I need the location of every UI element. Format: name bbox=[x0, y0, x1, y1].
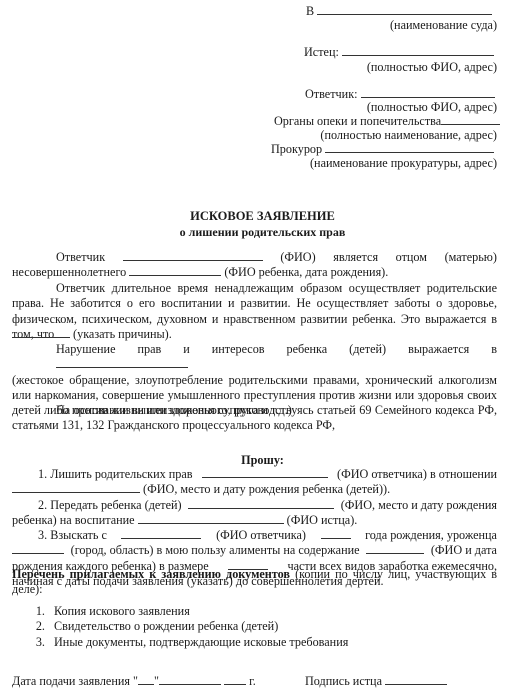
text: 2. Передать ребенка (детей) bbox=[38, 498, 182, 513]
text: года рождения, уроженца bbox=[365, 528, 497, 543]
paragraph-legal-basis: На основании вышеизложенного, руководств… bbox=[12, 403, 497, 434]
reasons-field[interactable] bbox=[12, 327, 70, 338]
guardianship-label: Органы опеки и попечительства bbox=[274, 114, 441, 128]
text: (ФИО ответчика) в отношении bbox=[337, 467, 497, 482]
text: 1. Лишить родительских прав bbox=[38, 467, 193, 482]
document-subtitle: о лишении родительских прав bbox=[0, 225, 525, 240]
child-details-field[interactable] bbox=[12, 482, 140, 493]
list-item: Иные документы, подтверждающие исковые т… bbox=[48, 635, 348, 650]
date-month-field[interactable] bbox=[159, 674, 221, 685]
text: (матерью) bbox=[445, 250, 497, 265]
court-row: В bbox=[306, 4, 492, 19]
request-item-1: 1. Лишить родительских прав (ФИО ответчи… bbox=[12, 467, 497, 498]
child-transfer-field[interactable] bbox=[188, 498, 334, 509]
text: На основании вышеизложенного, руководств… bbox=[12, 403, 497, 432]
text: (указать причины). bbox=[73, 327, 172, 341]
text: Подпись истца bbox=[305, 674, 382, 688]
plaintiff-label: Истец: bbox=[304, 45, 339, 59]
prosecutor-label: Прокурор bbox=[271, 142, 322, 156]
defendant-fio-field[interactable] bbox=[202, 467, 328, 478]
request-heading: Прошу: bbox=[0, 453, 525, 468]
text: Перечень прилагаемых к заявлению докумен… bbox=[12, 567, 290, 581]
guardianship-field[interactable] bbox=[441, 114, 500, 125]
court-caption: (наименование суда) bbox=[390, 18, 497, 33]
text: (ФИО ребенка, дата рождения). bbox=[224, 265, 388, 279]
signature-row: Подпись истца bbox=[305, 674, 447, 689]
defendant-caption: (полностью ФИО, адрес) bbox=[367, 100, 497, 115]
attachments-list: Копия искового заявления Свидетельство о… bbox=[12, 604, 348, 650]
child-name-field[interactable] bbox=[129, 265, 221, 276]
text: является bbox=[333, 250, 378, 265]
text: (ФИО истца). bbox=[287, 513, 358, 527]
children-details-field[interactable] bbox=[366, 543, 424, 554]
text: отцом bbox=[396, 250, 427, 265]
text: (ФИО) bbox=[280, 250, 315, 265]
text: г. bbox=[249, 674, 256, 688]
birthplace-field[interactable] bbox=[12, 543, 64, 554]
list-item: Копия искового заявления bbox=[48, 604, 348, 619]
text: (ФИО, место и дату рождения bbox=[341, 498, 497, 513]
paragraph-defendant: Ответчик (ФИО) является отцом (матерью) … bbox=[12, 250, 497, 281]
guardianship-caption: (полностью наименование, адрес) bbox=[320, 128, 497, 143]
filing-date-row: Дата подачи заявления "" г. bbox=[12, 674, 256, 689]
birth-year-field[interactable] bbox=[321, 528, 351, 539]
plaintiff-caption: (полностью ФИО, адрес) bbox=[367, 60, 497, 75]
text: ребенка) на воспитание bbox=[12, 513, 135, 527]
date-year-field[interactable] bbox=[224, 674, 246, 685]
plaintiff-field[interactable] bbox=[342, 45, 494, 56]
request-item-2: 2. Передать ребенка (детей) (ФИО, место … bbox=[12, 498, 497, 529]
violation-field[interactable] bbox=[56, 357, 188, 368]
court-field[interactable] bbox=[317, 4, 492, 15]
text: 3. Взыскать с bbox=[38, 528, 107, 543]
prosecutor-caption: (наименование прокуратуры, адрес) bbox=[310, 156, 497, 171]
paragraph-neglect-tail: (указать причины). bbox=[12, 327, 497, 342]
court-label: В bbox=[306, 4, 314, 18]
guardianship-row: Органы опеки и попечительства bbox=[274, 114, 500, 129]
signature-field[interactable] bbox=[385, 674, 447, 685]
alimony-defendant-field[interactable] bbox=[121, 528, 201, 539]
text: Дата подачи заявления " bbox=[12, 674, 138, 688]
text: (ФИО, место и дату рождения ребенка (дет… bbox=[143, 482, 390, 496]
attachments-heading: Перечень прилагаемых к заявлению докумен… bbox=[12, 567, 497, 598]
defendant-label: Ответчик: bbox=[305, 87, 358, 101]
text: Ответчик bbox=[56, 250, 105, 265]
text: Нарушение прав и интересов ребенка (дете… bbox=[56, 342, 497, 356]
text: несовершеннолетнего bbox=[12, 265, 126, 279]
plaintiff-fio-field[interactable] bbox=[138, 513, 284, 524]
prosecutor-field[interactable] bbox=[325, 142, 494, 153]
date-day-field[interactable] bbox=[138, 674, 154, 685]
text: (ФИО и дата bbox=[431, 543, 497, 558]
document-title: ИСКОВОЕ ЗАЯВЛЕНИЕ bbox=[0, 209, 525, 224]
list-item: Свидетельство о рождении ребенка (детей) bbox=[48, 619, 348, 634]
plaintiff-row: Истец: bbox=[304, 45, 494, 60]
text: (ФИО ответчика) bbox=[216, 528, 306, 543]
defendant-field[interactable] bbox=[361, 87, 495, 98]
prosecutor-row: Прокурор bbox=[271, 142, 494, 157]
text: (город, область) в мою пользу алименты н… bbox=[71, 543, 360, 558]
defendant-name-field[interactable] bbox=[123, 250, 263, 261]
